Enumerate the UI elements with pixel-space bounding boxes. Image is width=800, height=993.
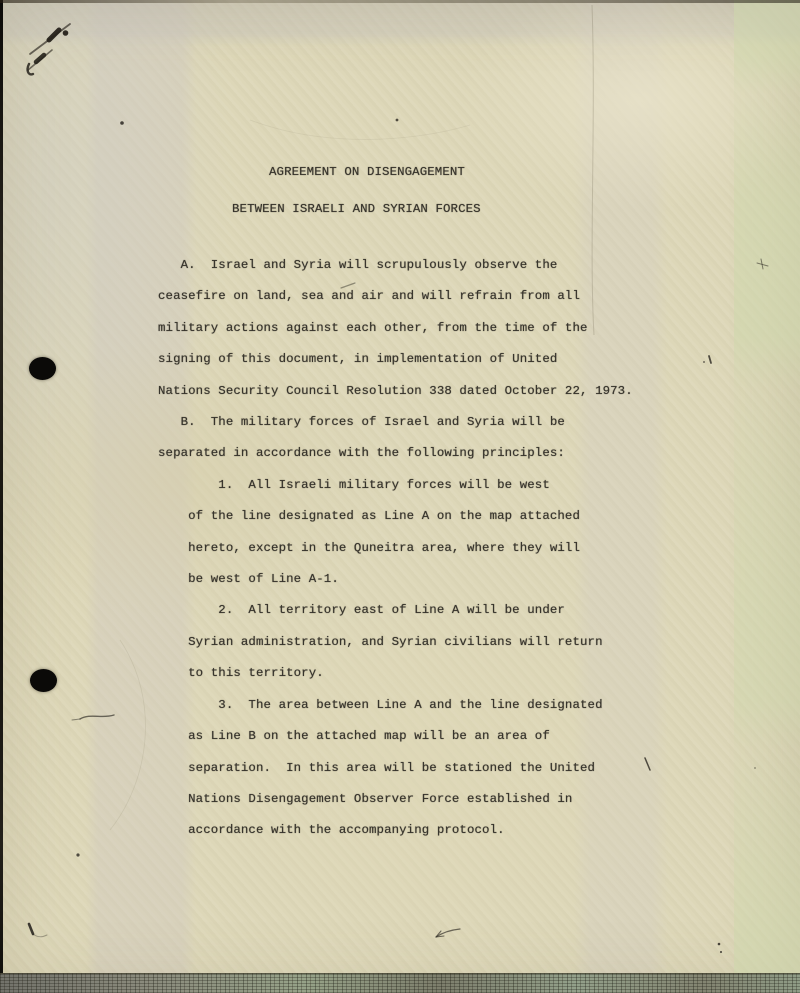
hole-punch-bottom [30,669,57,692]
paper-green-tint-band [734,0,800,975]
hole-punch-top [29,357,56,380]
scan-edge-bottom-texture [0,973,800,993]
document-body-text: A. Israel and Syria will scrupulously ob… [158,250,633,847]
scan-edge-top [0,0,800,3]
document-title-line2: BETWEEN ISRAELI AND SYRIAN FORCES [232,203,481,215]
scanned-document-page: AGREEMENT ON DISENGAGEMENT BETWEEN ISRAE… [0,0,800,993]
scan-edge-left [0,0,3,993]
pen-scribble-icon [28,24,70,74]
document-title-line1: AGREEMENT ON DISENGAGEMENT [269,166,465,178]
